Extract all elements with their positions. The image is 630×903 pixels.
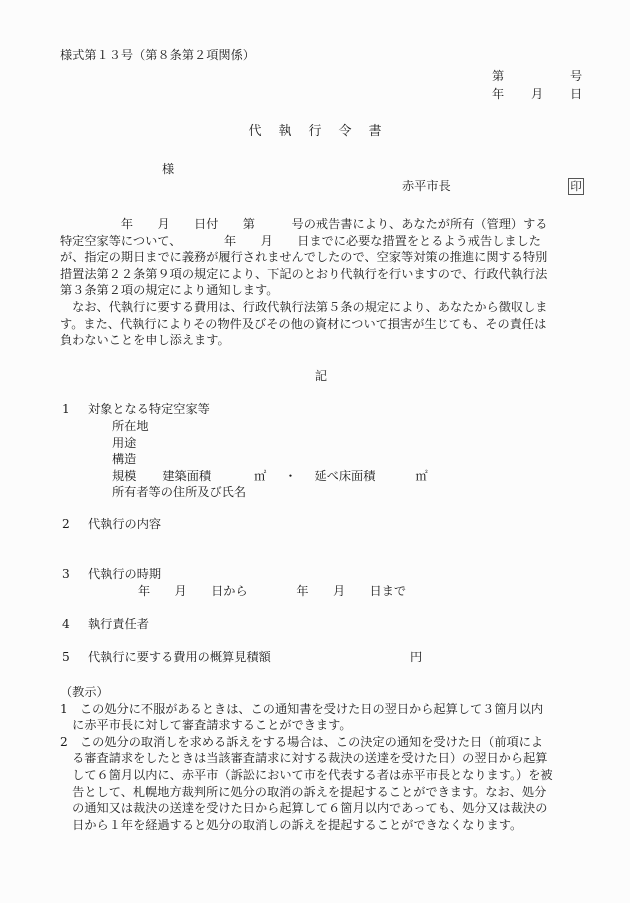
item-number: 3: [62, 566, 88, 583]
area-unit: ㎡: [415, 469, 427, 483]
item-label: 代執行に要する費用の概算見積額: [88, 650, 271, 664]
body-line: なお、代執行に要する費用は、行政代執行法第５条の規定により、あなたから徴収しま: [60, 299, 582, 316]
item-number: 2: [62, 516, 88, 533]
body-paragraph-1: 年 月 日付 第 号の戒告書により、あなたが所有（管理）する 特定空家等について…: [60, 216, 582, 299]
teaching-line: して６箇月以内に、赤平市（訴訟において市を代表する者は赤平市長となります。）を被: [60, 767, 584, 784]
item-2: 2代執行の内容: [62, 516, 161, 533]
body-line: が、指定の期日までに義務が履行されませんでしたので、空家等対策の推進に関する特別: [60, 249, 582, 266]
teaching-line: 2 この処分の取消しを求める訴えをする場合は、この決定の通知を受けた日（前項によ: [60, 734, 584, 751]
ki-heading: 記: [0, 368, 630, 384]
item-1-owner: 所有者等の住所及び氏名: [112, 484, 246, 501]
item-label: 対象となる特定空家等: [88, 402, 210, 416]
item-number: 4: [62, 616, 88, 633]
separator: ・: [284, 469, 296, 483]
item-number: 1: [62, 401, 88, 418]
teaching-line: に赤平市長に対して審査請求することができます。: [60, 717, 584, 734]
item-number: 5: [62, 649, 88, 666]
addressee: 様: [162, 161, 174, 177]
date-day: 日: [570, 86, 582, 102]
body-line: 第３条第２項の規定により通知します。: [60, 282, 582, 299]
teaching-line: の通知又は裁決の送達を受けた日から起算して６箇月以内であっても、処分又は裁決の: [60, 800, 584, 817]
item-3: 3代執行の時期: [62, 566, 161, 583]
form-number: 様式第１３号（第８条第２項関係）: [60, 47, 255, 63]
body-line: 特定空家等について、 年 月 日までに必要な措置をとるよう戒告しました: [60, 233, 582, 250]
building-area-label: 建築面積: [162, 469, 211, 483]
area-unit: ㎡: [254, 469, 266, 483]
teaching-section: （教示） 1 この処分に不服があるときは、この通知書を受けた日の翌日から起算して…: [60, 684, 584, 833]
item-label: 執行責任者: [88, 617, 149, 631]
teaching-line: る審査請求をしたときは当該審査請求に対する裁決の送達を受けた日）の翌日から起算: [60, 750, 584, 767]
body-line: 負わないことを申し添えます。: [60, 332, 582, 349]
body-line: 措置法第２２条第９項の規定により、下記のとおり代執行を行いますので、行政代執行法: [60, 266, 582, 283]
date-month: 月: [531, 86, 543, 102]
item-1-scale: 規模建築面積㎡・延べ床面積㎡: [112, 468, 428, 485]
item-5-unit: 円: [410, 649, 422, 665]
body-paragraph-2: なお、代執行に要する費用は、行政代執行法第５条の規定により、あなたから徴収しま …: [60, 299, 582, 349]
teaching-line: 1 この処分に不服があるときは、この通知書を受けた日の翌日から起算して３箇月以内: [60, 701, 584, 718]
teaching-line: 告として、札幌地方裁判所に処分の取消の訴えを提起することができます。なお、処分: [60, 784, 584, 801]
page-title: 代執行令書: [0, 124, 630, 140]
doc-number-prefix: 第: [492, 68, 504, 84]
item-1-location: 所在地: [112, 418, 149, 435]
issuer: 赤平市長: [402, 178, 451, 194]
floor-area-label: 延べ床面積: [315, 469, 376, 483]
item-4: 4執行責任者: [62, 616, 149, 633]
body-line: す。また、代執行によりその物件及びその他の資材について損害が生じても、その責任は: [60, 316, 582, 333]
seal-box: 印: [568, 178, 584, 195]
doc-number-suffix: 号: [570, 68, 582, 84]
item-1: 1対象となる特定空家等: [62, 401, 210, 418]
item-1-structure: 構造: [112, 451, 136, 468]
item-5: 5代執行に要する費用の概算見積額: [62, 649, 271, 666]
teaching-heading: （教示）: [60, 684, 584, 701]
item-label: 代執行の内容: [88, 517, 161, 531]
body-line: 年 月 日付 第 号の戒告書により、あなたが所有（管理）する: [60, 216, 582, 233]
scale-label: 規模: [112, 469, 136, 483]
date-year: 年: [492, 86, 504, 102]
teaching-line: 日から１年を経過すると処分の取消しの訴えを提起することができなくなります。: [60, 817, 584, 834]
item-1-usage: 用途: [112, 435, 136, 452]
item-label: 代執行の時期: [88, 567, 161, 581]
item-3-period: 年 月 日から 年 月 日まで: [138, 583, 406, 600]
